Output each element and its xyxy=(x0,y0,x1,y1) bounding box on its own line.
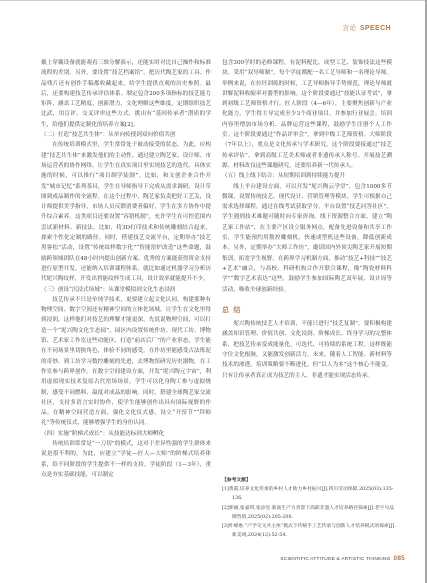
references-title: 【参考文献】 xyxy=(222,476,397,485)
footer-journal-name: SCIENTIFIC ATTITUDE & ARTISTIC THINKING xyxy=(280,557,390,562)
running-header: 言论SPEECH xyxy=(342,23,391,33)
reference-item: [3]叶峰惠.“产学交叉共主体”模式下传统手工艺传承与创新人才培养模式的探索[J… xyxy=(222,522,397,540)
right-column: 包含300学时的必修课程，有泥料配比、成型工艺、装饰技法这些模块。采用“双导师制… xyxy=(222,58,392,381)
paragraph: 线上平台建设方面，可以开发“坭兴陶云学堂”，包含1000多节微课，设置传统技艺、… xyxy=(222,182,392,295)
subsection-heading: （四）实施“阶梯式成长”：从技能达标到大师孵化 xyxy=(41,429,211,439)
references: 【参考文献】 [1]黄霞.培养文化传承的乡村人才助力乡村振兴[J].四川劳动保障… xyxy=(222,476,397,540)
header-section-cn: 言论 xyxy=(342,24,357,32)
subsection-heading: （二）打造“技艺共生体”：从单向传授到双向价值共创 xyxy=(41,130,211,140)
paragraph: 包含300学时的必修课程，有泥料配比、成型工艺、装饰技法这些模块。采用“双导师制… xyxy=(222,58,392,171)
page-top-edge xyxy=(0,0,427,1)
paragraph: 技艺传承不只是单纯学技术，更要建立起文化认同。构建那种有物理空间、数字空间还有精… xyxy=(41,295,211,429)
paragraph: 戴上穿戴设备就能观看三维分解演示，还能实时对比自己操作和标准流程的差别。另外，要… xyxy=(41,58,211,130)
paragraph: 在传统培训模式里，学生常常处于被动接受的状态。为此，应构建“技艺共生体”来激发他… xyxy=(41,140,211,284)
reference-item: [1]黄霞.培养文化传承的乡村人才助力乡村振兴[J].四川劳动保障,2025(0… xyxy=(222,485,397,503)
page-number: 085 xyxy=(394,555,405,562)
subsection-heading: （三）创设“沉浸式场域”：从课堂模拟到文化生态浸润 xyxy=(41,285,211,295)
header-section-en: SPEECH xyxy=(360,25,391,32)
section-title-conclusion: 总 结 xyxy=(222,305,392,315)
left-column: 戴上穿戴设备就能观看三维分解演示，还能实时对比自己操作和标准流程的差别。另外，要… xyxy=(41,58,211,480)
paragraph: 传统培训常常是“一刀切”的模式，这对于差异性强的学生群体来说是很不利的。为此，应… xyxy=(41,439,211,480)
running-footer: SCIENTIFIC ATTITUDE & ARTISTIC THINKING0… xyxy=(280,555,405,562)
reference-item: [2]郭丽,张嘉琪,张添昱.新质生产力背景下高职非遗人才培养路径探索[J].老字… xyxy=(222,504,397,522)
subsection-heading: （五）线上线下结合：从短期培训到持续能力提升 xyxy=(222,171,392,181)
paragraph: 坭兴陶传统技艺人才培训，不能只进行“技艺复制”，要积极构建涵盖知识管理、价值共创… xyxy=(222,319,392,381)
